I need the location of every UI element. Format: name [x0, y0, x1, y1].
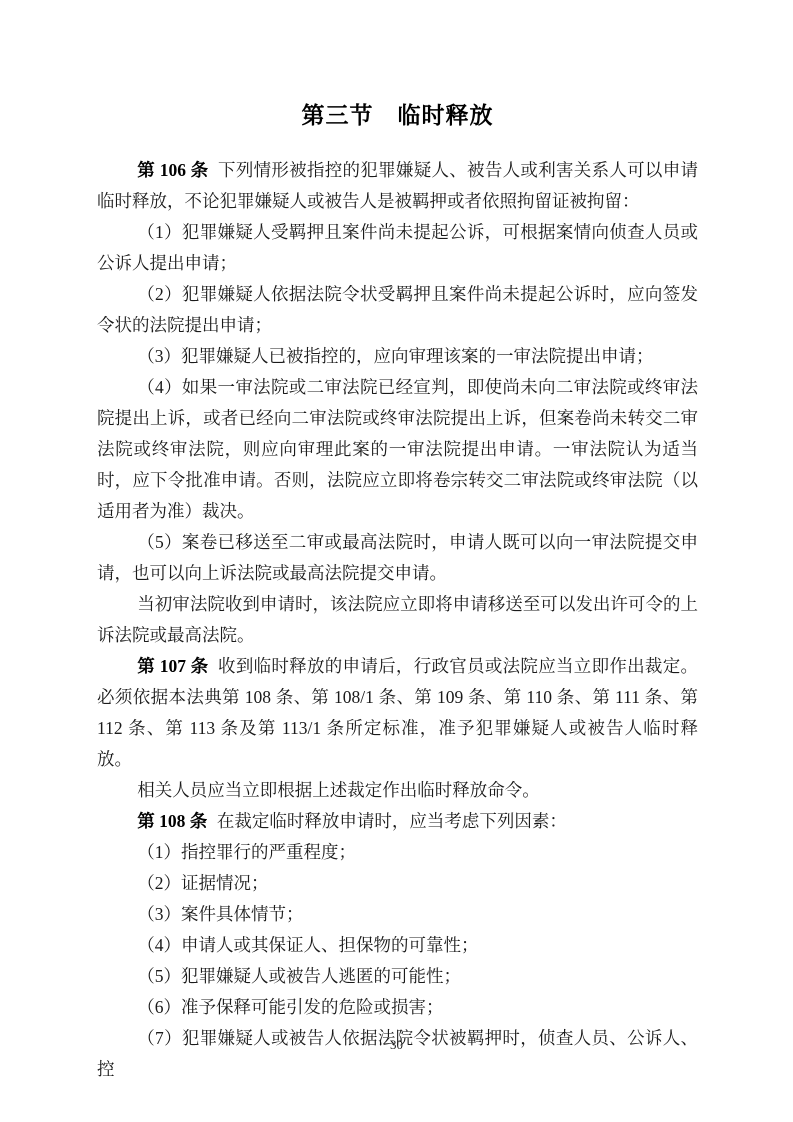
paragraph-factor-3: （3）案件具体情节；: [97, 899, 698, 930]
paragraph-factor-1: （1）指控罪行的严重程度；: [97, 837, 698, 868]
paragraph-article-106: 第 106 条下列情形被指控的犯罪嫌疑人、被告人或利害关系人可以申请临时释放，不…: [97, 155, 698, 217]
document-page: 第三节 临时释放 第 106 条下列情形被指控的犯罪嫌疑人、被告人或利害关系人可…: [0, 0, 793, 1122]
paragraph-text: 当初审法院收到申请时，该法院应立即将申请移送至可以发出许可令的上诉法院或最高法院…: [97, 594, 698, 645]
paragraph-release-order: 相关人员应当立即根据上述裁定作出临时释放命令。: [97, 775, 698, 806]
paragraph-text: （3）犯罪嫌疑人已被指控的，应向审理该案的一审法院提出申请；: [137, 346, 653, 366]
paragraph-factor-7: （7）犯罪嫌疑人或被告人依据法院令状被羁押时，侦查人员、公诉人、控: [97, 1023, 698, 1085]
paragraph-article-107: 第 107 条收到临时释放的申请后，行政官员或法院应当立即作出裁定。必须依据本法…: [97, 651, 698, 775]
paragraph-text: （5）犯罪嫌疑人或被告人逃匿的可能性；: [137, 966, 461, 986]
paragraph-factor-6: （6）准予保释可能引发的危险或损害；: [97, 992, 698, 1023]
paragraph-text: （7）犯罪嫌疑人或被告人依据法院令状被羁押时，侦查人员、公诉人、控: [97, 1028, 698, 1079]
article-108-label: 第 108 条: [137, 811, 207, 831]
paragraph-court-transfer: 当初审法院收到申请时，该法院应立即将申请移送至可以发出许可令的上诉法院或最高法院…: [97, 589, 698, 651]
paragraph-factor-4: （4）申请人或其保证人、担保物的可靠性；: [97, 930, 698, 961]
paragraph-item-2: （2）犯罪嫌疑人依据法院令状受羁押且案件尚未提起公诉时，应向签发令状的法院提出申…: [97, 279, 698, 341]
paragraph-text: 相关人员应当立即根据上述裁定作出临时释放命令。: [137, 780, 540, 800]
paragraph-text: （2）犯罪嫌疑人依据法院令状受羁押且案件尚未提起公诉时，应向签发令状的法院提出申…: [97, 284, 698, 335]
paragraph-text: （4）如果一审法院或二审法院已经宣判，即使尚未向二审法院或终审法院提出上诉，或者…: [97, 377, 698, 521]
paragraph-item-5: （5）案卷已移送至二审或最高法院时，申请人既可以向一审法院提交申请，也可以向上诉…: [97, 527, 698, 589]
paragraph-item-1: （1）犯罪嫌疑人受羁押且案件尚未提起公诉，可根据案情向侦查人员或公诉人提出申请；: [97, 217, 698, 279]
paragraph-text: （2）证据情况；: [137, 873, 268, 893]
paragraph-article-108: 第 108 条在裁定临时释放申请时，应当考虑下列因素：: [97, 806, 698, 837]
paragraph-factor-5: （5）犯罪嫌疑人或被告人逃匿的可能性；: [97, 961, 698, 992]
paragraph-text: （4）申请人或其保证人、担保物的可靠性；: [137, 935, 478, 955]
article-107-label: 第 107 条: [137, 656, 208, 676]
page-number: 30: [0, 1037, 793, 1053]
paragraph-item-3: （3）犯罪嫌疑人已被指控的，应向审理该案的一审法院提出申请；: [97, 341, 698, 372]
paragraph-item-4: （4）如果一审法院或二审法院已经宣判，即使尚未向二审法院或终审法院提出上诉，或者…: [97, 372, 698, 527]
paragraph-factor-2: （2）证据情况；: [97, 868, 698, 899]
document-content: 第三节 临时释放 第 106 条下列情形被指控的犯罪嫌疑人、被告人或利害关系人可…: [97, 101, 698, 1085]
article-106-label: 第 106 条: [137, 160, 208, 180]
paragraph-text: （5）案卷已移送至二审或最高法院时，申请人既可以向一审法院提交申请，也可以向上诉…: [97, 532, 698, 583]
paragraph-text: （6）准予保释可能引发的危险或损害；: [137, 997, 443, 1017]
paragraph-text: 在裁定临时释放申请时，应当考虑下列因素：: [217, 811, 567, 831]
paragraph-text: （3）案件具体情节；: [137, 904, 303, 924]
paragraph-text: （1）指控罪行的严重程度；: [137, 842, 356, 862]
paragraph-text: （1）犯罪嫌疑人受羁押且案件尚未提起公诉，可根据案情向侦查人员或公诉人提出申请；: [97, 222, 698, 273]
section-title: 第三节 临时释放: [97, 101, 698, 129]
